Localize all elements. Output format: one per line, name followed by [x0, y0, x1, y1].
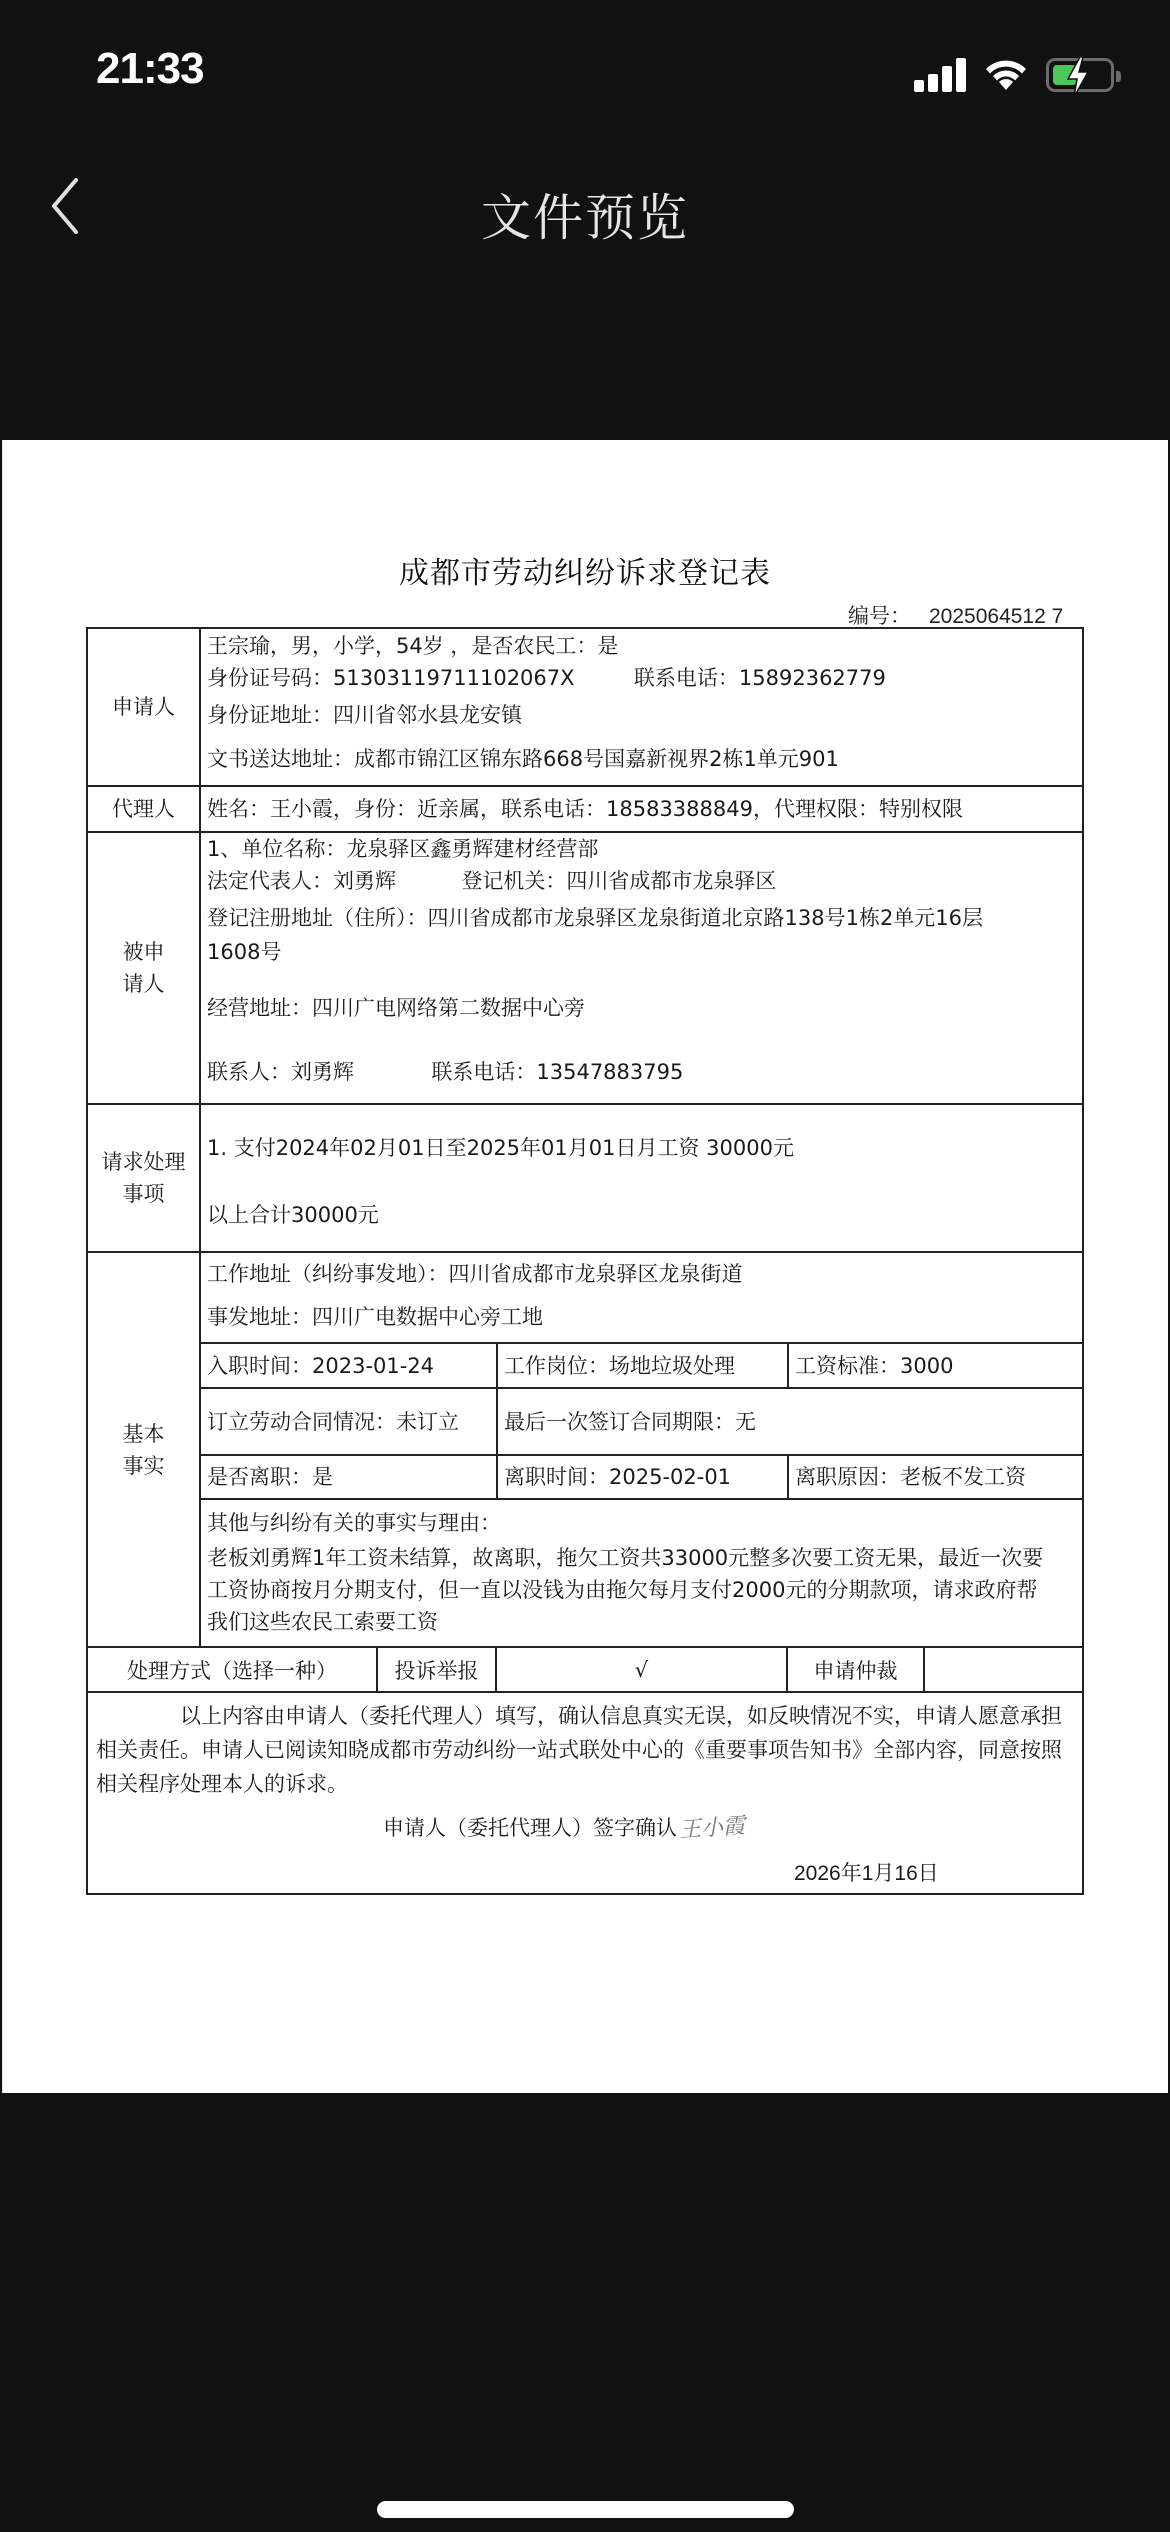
applicant-delivery-address: 文书送达地址：成都市锦江区锦东路668号国嘉新视界2栋1单元901 — [207, 737, 1076, 781]
applicant-row: 申请人 王宗瑜，男，小学，54岁 ，是否农民工：是 身份证号码：51303119… — [88, 629, 1082, 787]
request-label: 请求处理事项 — [88, 1105, 201, 1251]
respondent-contact-phone: 联系电话：13547883795 — [431, 1060, 683, 1084]
handwritten-signature: 王小霞 — [678, 1810, 746, 1849]
signature-line: 申请人（委托代理人）签字确认王小霞 — [383, 1811, 745, 1846]
resign-date: 离职时间：2025-02-01 — [498, 1456, 789, 1498]
home-indicator[interactable] — [377, 2501, 794, 2518]
other-facts-title: 其他与纠纷有关的事实与理由： — [207, 1504, 1076, 1542]
registration-form-table: 申请人 王宗瑜，男，小学，54岁 ，是否农民工：是 身份证号码：51303119… — [86, 627, 1084, 1895]
declaration-date: 2026年1月16日 — [794, 1857, 939, 1891]
option-arbitration-label: 申请仲裁 — [788, 1648, 925, 1691]
resignation-row: 是否离职：是 离职时间：2025-02-01 离职原因：老板不发工资 — [201, 1454, 1082, 1498]
option-complaint-label: 投诉举报 — [378, 1648, 497, 1691]
declaration-text: 以上内容由申请人（委托代理人）填写，确认信息真实无误，如反映情况不实，申请人愿意… — [96, 1699, 1074, 1801]
agent-label: 代理人 — [88, 787, 201, 831]
respondent-reg-address-cont: 1608号 — [207, 939, 1076, 965]
respondent-unit-name: 1、单位名称：龙泉驿区鑫勇辉建材经营部 — [207, 833, 1076, 865]
agent-info: 姓名：王小霞，身份：近亲属，联系电话：18583388849，代理权限：特别权限 — [207, 793, 963, 826]
other-facts: 其他与纠纷有关的事实与理由： 老板刘勇辉1年工资未结算，故离职，拖欠工资共330… — [201, 1498, 1082, 1646]
handling-method-row: 处理方式（选择一种） 投诉举报 √ 申请仲裁 — [88, 1648, 1082, 1693]
employment-row: 入职时间：2023-01-24 工作岗位：场地垃圾处理 工资标准：3000 — [201, 1342, 1082, 1387]
agent-row: 代理人 姓名：王小霞，身份：近亲属，联系电话：18583388849，代理权限：… — [88, 787, 1082, 833]
respondent-reg-authority: 登记机关：四川省成都市龙泉驿区 — [461, 869, 776, 893]
last-contract-term: 最后一次签订合同期限：无 — [498, 1389, 1082, 1454]
respondent-label: 被申请人 — [88, 833, 201, 1103]
basic-facts-row: 基本事实 工作地址（纠纷事发地）：四川省成都市龙泉驿区龙泉街道 事发地址：四川广… — [88, 1253, 1082, 1648]
applicant-id-line: 身份证号码：51303119711102067X 联系电话：1589236277… — [207, 663, 1076, 693]
applicant-basic-info: 王宗瑜，男，小学，54岁 ，是否农民工：是 — [207, 629, 1076, 663]
signature-label: 申请人（委托代理人）签字确认 — [383, 1816, 677, 1840]
request-total: 以上合计30000元 — [207, 1193, 1076, 1237]
respondent-contact-line: 联系人：刘勇辉 联系电话：13547883795 — [207, 1051, 1076, 1093]
cellular-signal-icon — [914, 58, 966, 92]
respondent-contact: 联系人：刘勇辉 — [207, 1060, 354, 1084]
respondent-reg-address: 登记注册地址（住所）：四川省成都市龙泉驿区龙泉街道北京路138号1栋2单元16层 — [207, 897, 1076, 939]
respondent-business-address: 经营地址：四川广电网络第二数据中心旁 — [207, 987, 1076, 1029]
document-title: 成都市劳动纠纷诉求登记表 — [0, 548, 1170, 592]
document-number: 编号：2025064512 7 — [848, 600, 1063, 630]
applicant-label: 申请人 — [88, 629, 201, 785]
respondent-row: 被申请人 1、单位名称：龙泉驿区鑫勇辉建材经营部 法定代表人：刘勇辉 登记机关：… — [88, 833, 1082, 1105]
option-complaint-checkbox[interactable]: √ — [497, 1648, 788, 1691]
respondent-rep-line: 法定代表人：刘勇辉 登记机关：四川省成都市龙泉驿区 — [207, 865, 1076, 897]
status-icons — [914, 56, 1114, 92]
applicant-phone: 联系电话：15892362779 — [634, 666, 886, 690]
number-label: 编号： — [848, 605, 911, 628]
handling-method-label: 处理方式（选择一种） — [88, 1648, 378, 1691]
other-facts-text: 老板刘勇辉1年工资未结算，故离职，拖欠工资共33000元整多次要工资无果，最近一… — [207, 1542, 1076, 1638]
wifi-icon — [982, 56, 1030, 92]
resigned-status: 是否离职：是 — [201, 1456, 498, 1498]
applicant-id-address: 身份证地址：四川省邻水县龙安镇 — [207, 693, 1076, 737]
respondent-legal-rep: 法定代表人：刘勇辉 — [207, 869, 396, 893]
incident-address: 事发地址：四川广电数据中心旁工地 — [207, 1295, 1076, 1339]
battery-charging-icon — [1046, 58, 1114, 92]
contract-status: 订立劳动合同情况：未订立 — [201, 1389, 498, 1454]
basic-facts-label: 基本事实 — [88, 1253, 201, 1646]
nav-title: 文件预览 — [0, 178, 1170, 250]
declaration-section: 以上内容由申请人（委托代理人）填写，确认信息真实无误，如反映情况不实，申请人愿意… — [88, 1693, 1082, 1893]
work-address: 工作地址（纠纷事发地）：四川省成都市龙泉驿区龙泉街道 — [207, 1253, 1076, 1295]
status-time: 21:33 — [96, 44, 204, 94]
request-row: 请求处理事项 1. 支付2024年02月01日至2025年01月01日月工资 3… — [88, 1105, 1082, 1253]
option-arbitration-checkbox[interactable] — [925, 1648, 1082, 1691]
request-item-1: 1. 支付2024年02月01日至2025年01月01日月工资 30000元 — [207, 1133, 1076, 1163]
number-value: 2025064512 7 — [929, 605, 1063, 628]
salary-standard: 工资标准：3000 — [789, 1344, 1082, 1387]
entry-date: 入职时间：2023-01-24 — [201, 1344, 498, 1387]
resign-reason: 离职原因：老板不发工资 — [789, 1456, 1082, 1498]
job-position: 工作岗位：场地垃圾处理 — [498, 1344, 789, 1387]
contract-row: 订立劳动合同情况：未订立 最后一次签订合同期限：无 — [201, 1387, 1082, 1454]
applicant-id-number: 身份证号码：51303119711102067X — [207, 666, 575, 690]
